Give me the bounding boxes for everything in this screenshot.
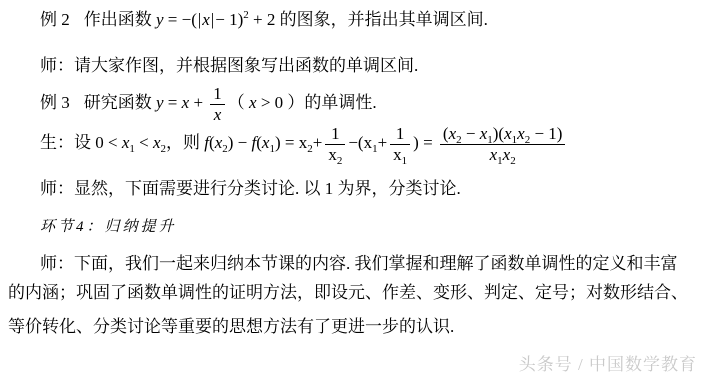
- fraction-numerator: 1: [210, 84, 225, 105]
- variable-y: y: [156, 93, 164, 112]
- connector-then: ，则: [166, 133, 204, 152]
- example2-lead: 作出函数: [84, 10, 156, 29]
- fraction-denominator: x2: [325, 145, 345, 165]
- math-token: − 1): [530, 124, 562, 143]
- fraction-numerator: (x2 − x1)(x1x2 − 1): [440, 124, 566, 145]
- document-page: 例 2作出函数 y = −(|x|− 1)2 + 2 的图象，并指出其单调区间.…: [0, 0, 707, 379]
- math-token: =: [164, 93, 182, 112]
- math-token: 0 <: [95, 133, 122, 152]
- example3-label: 例 3: [40, 93, 70, 112]
- condition-close: > 0 ）: [257, 93, 305, 112]
- math-token: +: [378, 133, 388, 152]
- result-fraction: (x2 − x1)(x1x2 − 1)x1x2: [440, 124, 566, 164]
- derivation-equation: f(x2) − f(x1) = x2+1x2−(x1+1x1) = (x2 − …: [204, 133, 568, 152]
- math-token: −(: [348, 133, 363, 152]
- example2-label: 例 2: [40, 10, 70, 29]
- math-token: +: [189, 93, 207, 112]
- math-token: )(: [493, 124, 504, 143]
- teacher-classify-line: 师：显然，下面需要进行分类讨论. 以 1 为界，分类讨论.: [8, 177, 699, 201]
- summary-line-3: 等价转化、分类讨论等重要的思想方法有了更进一步的认识.: [8, 310, 699, 344]
- summary-line-2: 的内涵；巩固了函数单调性的证明方法，即设元、作差、变形、判定、定号；对数形结合、: [8, 276, 699, 310]
- variable-x-upright: x: [393, 145, 402, 164]
- fraction-denominator: x1: [390, 145, 410, 165]
- example2-tail: 的图象，并指出其单调区间.: [275, 10, 488, 29]
- variable-x-upright: x: [364, 133, 373, 152]
- variable-x: x: [249, 93, 257, 112]
- fraction-denominator: x1x2: [440, 145, 566, 165]
- example2-formula: y = −(|x|− 1)2 + 2: [156, 10, 275, 29]
- example3-tail: 的单调性.: [304, 93, 376, 112]
- math-token: −: [462, 124, 480, 143]
- variable-x-upright: x: [328, 145, 337, 164]
- subscript: 2: [337, 155, 343, 167]
- fraction-denominator: x: [210, 105, 225, 125]
- fraction-1-over-x: 1x: [210, 84, 225, 124]
- math-token: <: [135, 133, 153, 152]
- watermark: 头条号 / 中国数学教育: [519, 350, 697, 375]
- example3-formula: y = x + 1x: [156, 93, 228, 112]
- math-token: − 1): [215, 10, 243, 29]
- variable-x: x: [153, 133, 161, 152]
- example3-paragraph: 例 3研究函数 y = x + 1x（ x > 0 ）的单调性.: [8, 84, 699, 124]
- variable-x: x: [449, 124, 457, 143]
- subscript: 2: [510, 155, 516, 167]
- fraction-numerator: 1: [325, 124, 345, 145]
- speaker-student: 生：设: [40, 133, 95, 152]
- fraction-1-over-x2: 1x2: [325, 124, 345, 164]
- section-title: 环节4：归纳提升: [8, 215, 699, 239]
- variable-x-upright: x: [299, 133, 308, 152]
- variable-y: y: [156, 10, 164, 29]
- fraction-numerator: 1: [390, 124, 410, 145]
- variable-x: x: [517, 124, 525, 143]
- math-token: + 2: [249, 10, 276, 29]
- condition-open: （: [228, 93, 249, 112]
- math-token: =: [281, 133, 299, 152]
- variable-x: x: [202, 10, 210, 29]
- subscript: 1: [402, 155, 408, 167]
- example2-paragraph: 例 2作出函数 y = −(|x|− 1)2 + 2 的图象，并指出其单调区间.: [8, 8, 699, 32]
- inequality: 0 < x1 < x2: [95, 133, 166, 152]
- math-token: ) =: [413, 133, 437, 152]
- variable-x: x: [504, 124, 512, 143]
- math-token: +: [313, 133, 323, 152]
- summary-paragraph: 师：下面，我们一起来归纳本节课的内容. 我们掌握和理解了函数单调性的定义和丰富 …: [8, 252, 699, 344]
- math-token: = −(: [164, 10, 197, 29]
- example3-lead: 研究函数: [84, 93, 156, 112]
- summary-line-1: 师：下面，我们一起来归纳本节课的内容. 我们掌握和理解了函数单调性的定义和丰富: [8, 252, 699, 276]
- math-token: −: [233, 133, 251, 152]
- fraction-1-over-x1: 1x1: [390, 124, 410, 164]
- student-derivation-line: 生：设 0 < x1 < x2，则 f(x2) − f(x1) = x2+1x2…: [8, 124, 699, 164]
- teacher-drawing-line: 师：请大家作图，并根据图象写出函数的单调区间.: [8, 54, 699, 78]
